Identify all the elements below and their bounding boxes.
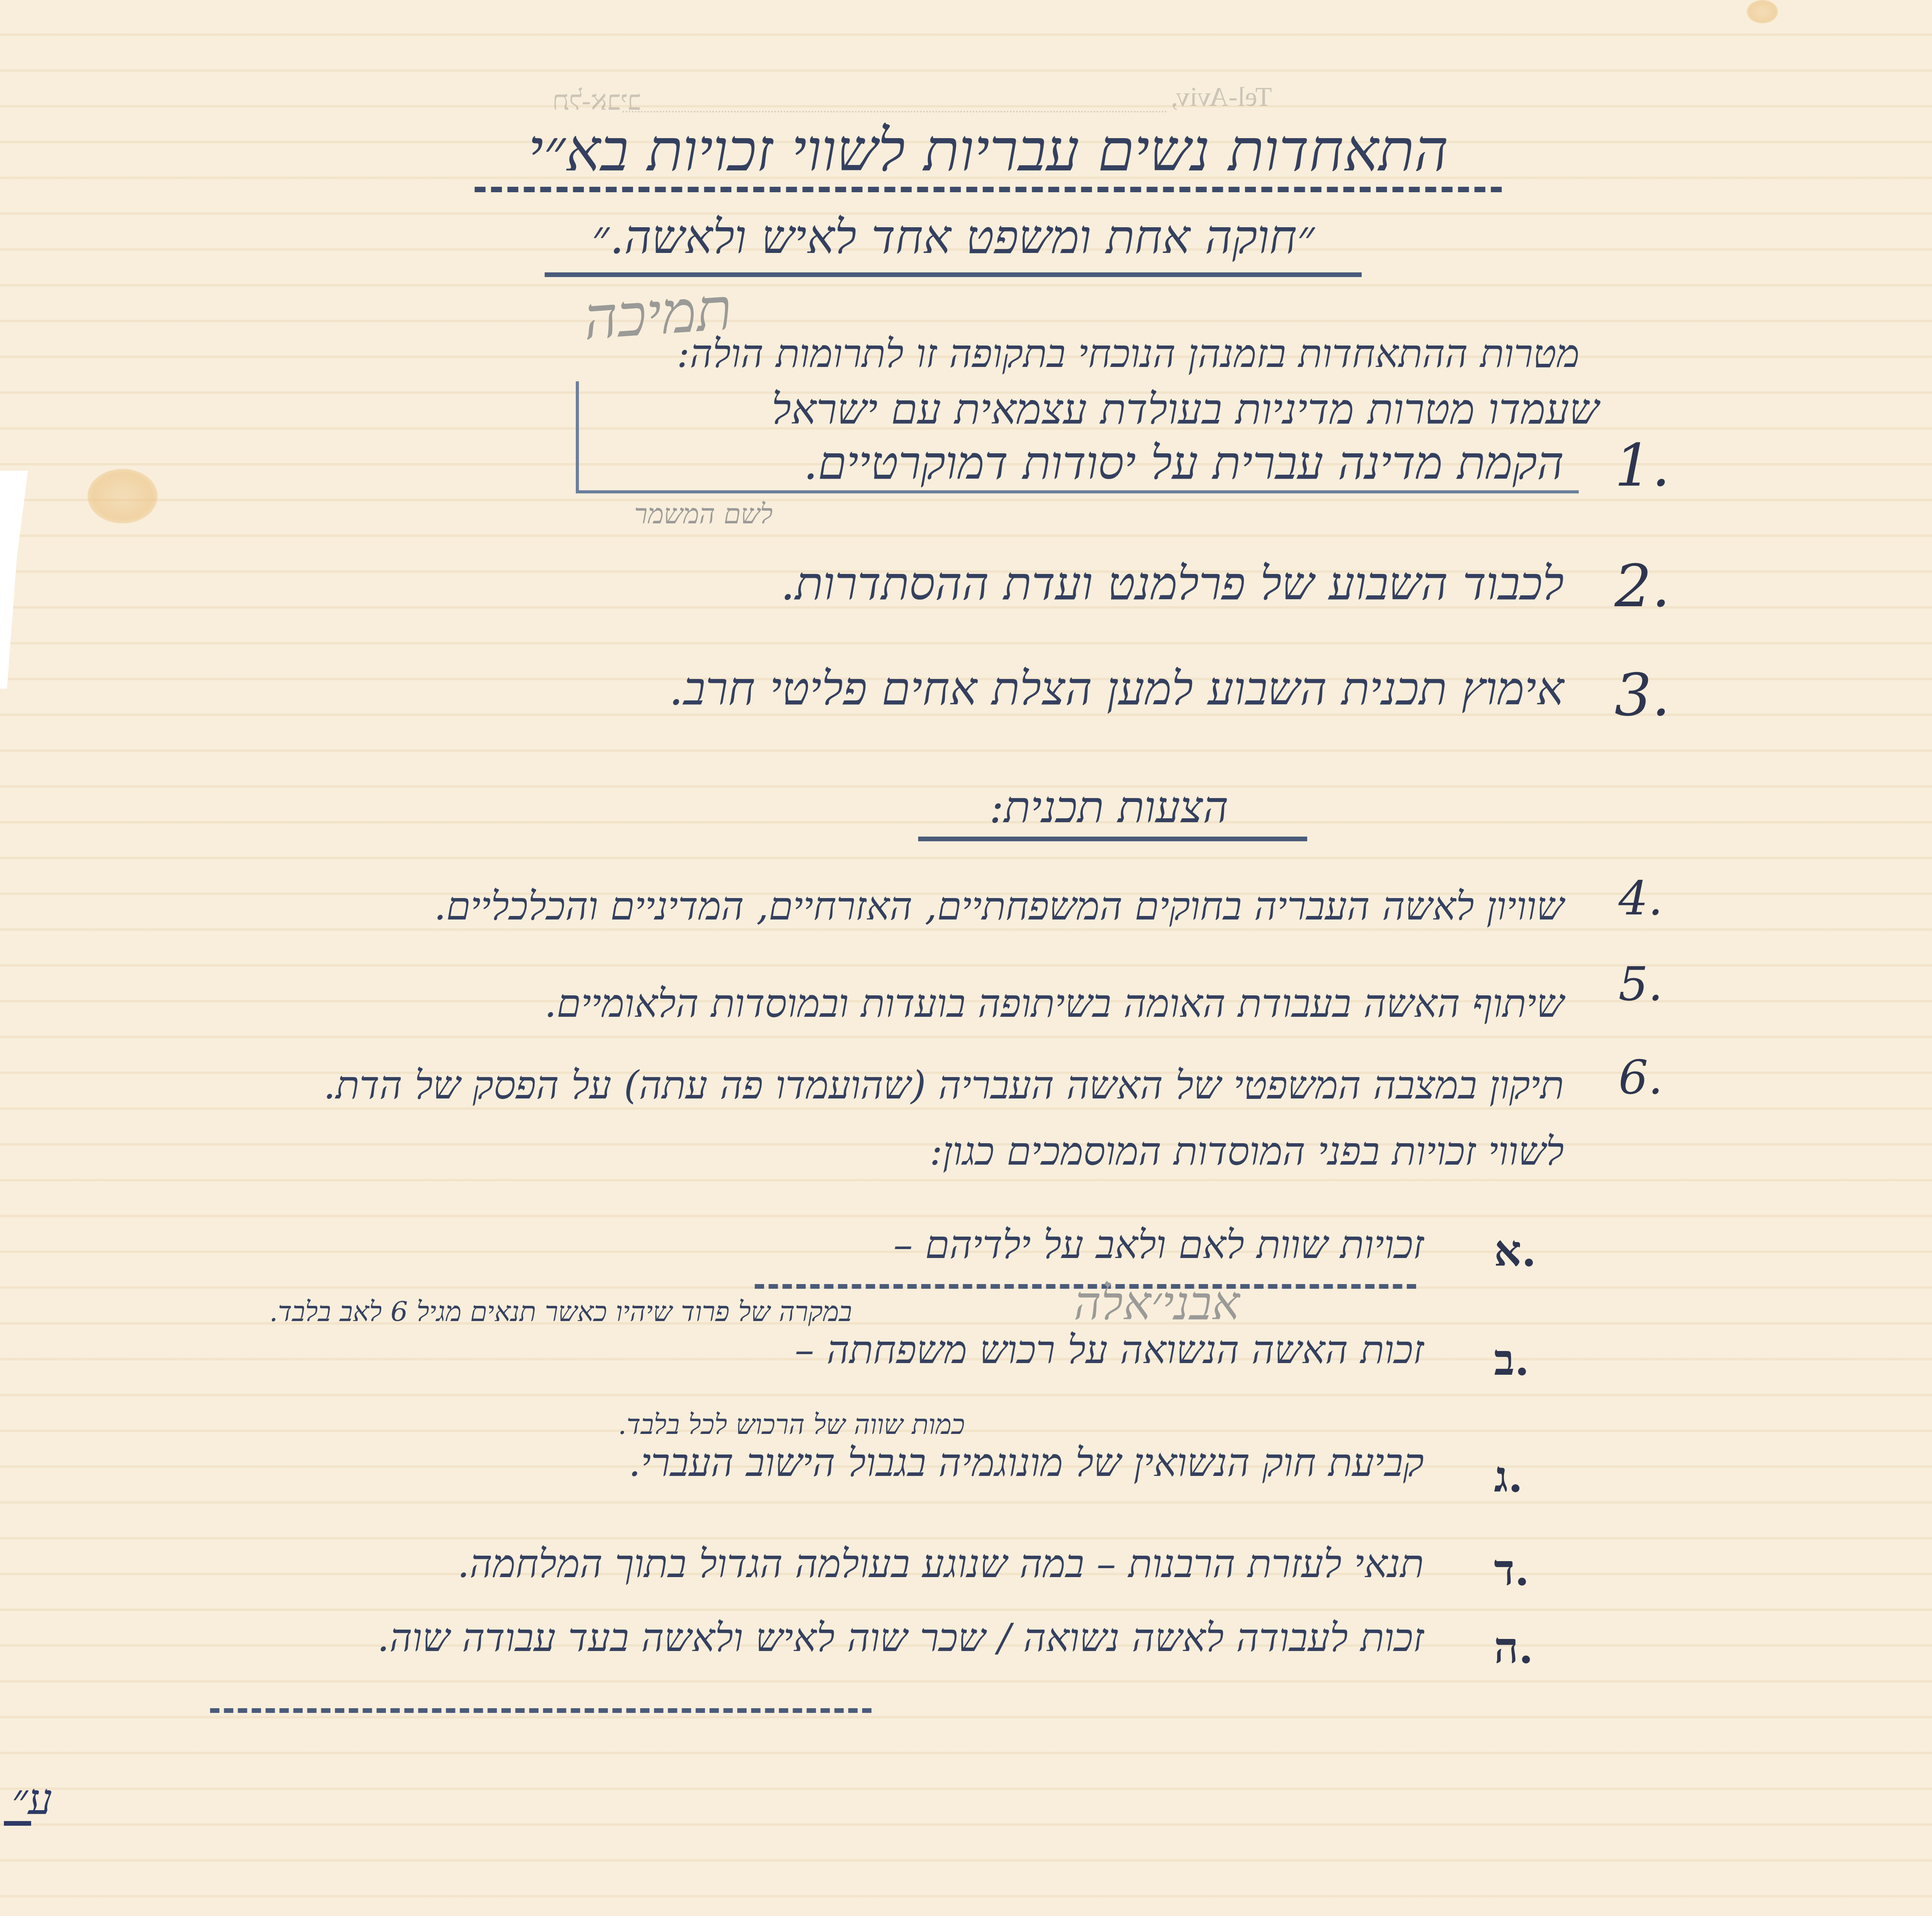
sub-item-letter: א.: [1494, 1226, 1536, 1276]
sub-item: זכות האשה הנשואה על רכוש משפחתה –: [731, 1327, 1424, 1372]
list-item: אימוץ תכנית השבוע למען הצלת אחים פליטי ח…: [459, 661, 1564, 716]
item-number: 5.: [1618, 957, 1663, 1011]
sub-item-note: במקרה של פרוד שיהיו כאשר תנאים מגיל 6 לא…: [0, 1296, 852, 1328]
water-stain: [88, 469, 158, 523]
sub-item-underline: [210, 1708, 871, 1713]
item-number: 3.: [1615, 661, 1670, 729]
sub-item-letter: ד.: [1494, 1545, 1529, 1595]
sub-item: קביעת חוק הנשואין של מונוגמיה בגבול הישו…: [342, 1440, 1424, 1485]
list-item: שיתוף האשה בעבודת האומה בשיתופה בועדות ו…: [113, 981, 1564, 1026]
rust-stain: [1747, 0, 1778, 23]
list-item: תיקון במצבה המשפטי של האשה העבריה (שהועמ…: [296, 1062, 1564, 1108]
section-heading: הצעות תכנית:: [910, 782, 1307, 833]
document-title: התאחדות נשים עבריות לשווי זכויות בא״י: [467, 117, 1509, 184]
title-underline: [475, 187, 1502, 192]
intro-line: מטרות ההתאחדות בזמנהן הנוכחי בתקופה זו ל…: [370, 331, 1580, 376]
item-2-annotation: לשם המשמר: [634, 498, 773, 530]
sub-item-letter: ה.: [1494, 1623, 1534, 1673]
item-number: 4.: [1618, 872, 1663, 926]
item-number: 6.: [1618, 1051, 1663, 1105]
item-number: 1.: [1615, 432, 1670, 500]
sub-item: זכות לעבודה לאשה נשואה / שכר שוה לאיש ול…: [183, 1615, 1424, 1660]
sub-item-letter: ג.: [1494, 1451, 1523, 1502]
list-item: הקמת מדינה עברית על יסודות דמוקרטיים.: [428, 436, 1564, 490]
sub-item-note: כמות שווה של הרכוש לכל בלבד.: [233, 1409, 965, 1441]
sub-item: זכויות שוות לאם ולאב על ילדיהם –: [747, 1222, 1424, 1267]
page-mark: ע״: [12, 1774, 52, 1825]
sub-item-letter: ב.: [1494, 1335, 1529, 1385]
page-mark-underline: [4, 1821, 31, 1826]
sub-item: תנאי לעזרת הרבנות – במה שנוגע בעולמה הגד…: [175, 1541, 1424, 1586]
heading-underline: [918, 837, 1307, 841]
list-item: שוויון לאשה העבריה בחוקים המשפחתיים, האז…: [280, 883, 1564, 929]
subtitle-underline: [545, 272, 1362, 277]
item-number: 2.: [1615, 553, 1670, 620]
letterhead-english-showthrough: Tel-Aviv,: [1171, 82, 1272, 113]
pencil-annotation-bottom: אבני׳אלה: [1074, 1276, 1240, 1330]
list-item-continuation: לשווי זכויות בפני המוסדות המוסמכים כגון:: [607, 1128, 1564, 1174]
document-subtitle: ״חוקה אחת ומשפט אחד לאיש ולאשה.״: [537, 210, 1369, 264]
list-item: לכבוד השבוע של פרלמנט ועדת ההסתדרות.: [195, 556, 1564, 611]
letterhead-dotted-line: [622, 111, 1167, 112]
